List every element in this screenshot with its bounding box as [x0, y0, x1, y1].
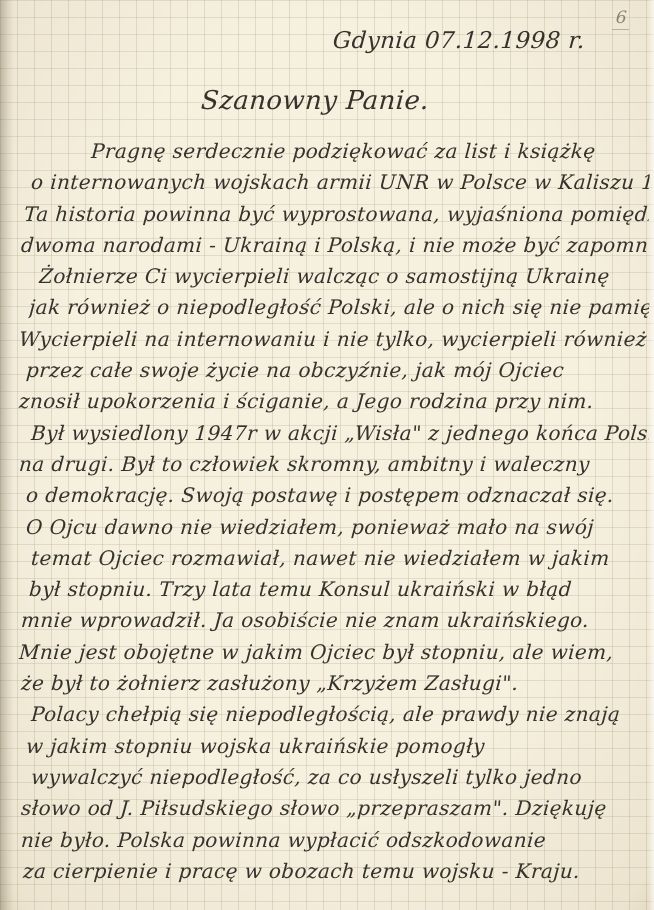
letter-line: w jakim stopniu wojska ukraińskie pomogł… [25, 731, 650, 762]
letter-line: dwoma narodami - Ukrainą i Polską, i nie… [20, 230, 650, 261]
letter-line: Ta historia powinna być wyprostowana, wy… [23, 199, 650, 230]
letter-line: o internowanych wojskach armii UNR w Pol… [30, 167, 650, 198]
letter-line: znosił upokorzenia i ściganie, a Jego ro… [18, 386, 650, 417]
salutation: Szanowny Panie. [200, 86, 430, 116]
letter-line: słowo od J. Piłsudskiego słowo „przepras… [20, 793, 650, 824]
letter-line: Był wysiedlony 1947r w akcji „Wisła" z j… [30, 418, 650, 449]
letter-line: przez całe swoje życie na obczyźnie, jak… [25, 355, 650, 386]
letter-line: Pragnę serdecznie podziękować za list i … [90, 136, 650, 167]
letter-line: był stopniu. Trzy lata temu Konsul ukrai… [28, 574, 650, 605]
letter-line: wywalczyć niepodległość, za co usłyszeli… [30, 762, 650, 793]
letter-line: jak również o niepodległość Polski, ale … [28, 292, 650, 323]
letter-body: Pragnę serdecznie podziękować za list i … [15, 136, 648, 887]
dateline: Gdynia 07.12.1998 r. [332, 28, 586, 54]
letter-line: o demokrację. Swoją postawę i postępem o… [25, 480, 650, 511]
page-number: 6 [612, 8, 631, 30]
scan-edge-shadow [0, 0, 14, 910]
letter-line: że był to żołnierz zasłużony „Krzyżem Za… [20, 668, 650, 699]
letter-line: na drugi. Był to człowiek skromny, ambit… [18, 449, 650, 480]
letter-line: Żołnierze Ci wycierpieli walcząc o samos… [38, 261, 650, 292]
letter-line: nie było. Polska powinna wypłacić odszko… [20, 825, 650, 856]
letter-page: 6 Gdynia 07.12.1998 r. Szanowny Panie. P… [0, 0, 654, 910]
letter-line: za cierpienie i pracę w obozach temu woj… [22, 856, 650, 887]
letter-line: temat Ojciec rozmawiał, nawet nie wiedzi… [30, 543, 650, 574]
letter-line: Mnie jest obojętne w jakim Ojciec był st… [18, 637, 650, 668]
letter-line: Polacy chełpią się niepodległością, ale … [30, 699, 650, 730]
letter-line: Wycierpieli na internowaniu i nie tylko,… [18, 324, 650, 355]
letter-line: mnie wprowadził. Ja osobiście nie znam u… [20, 605, 650, 636]
letter-line: O Ojcu dawno nie wiedziałem, ponieważ ma… [25, 512, 650, 543]
